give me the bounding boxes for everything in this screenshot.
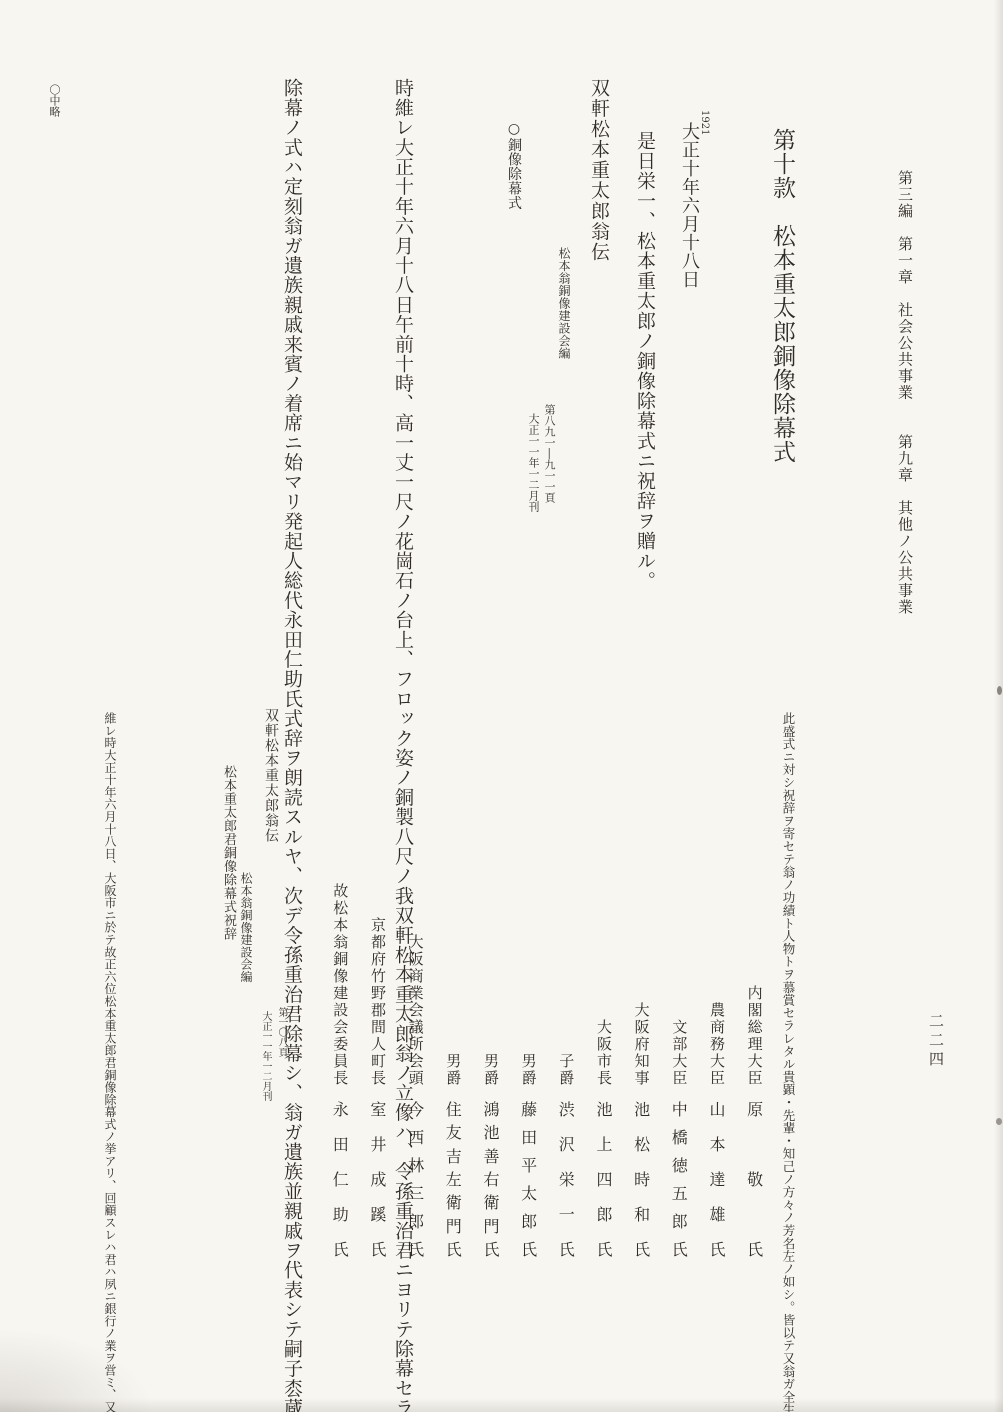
dignitary-name-char: 徳	[672, 1158, 688, 1174]
dignitary-name-char: 氏	[559, 1242, 575, 1258]
dignitary-title: 男爵	[443, 1053, 464, 1087]
dignitary-name-char: 右	[483, 1172, 499, 1188]
dignitary-name-char: 西	[408, 1130, 424, 1146]
dignitary-entry: 京都府竹野郡間人町長室井成蹊氏	[360, 858, 398, 1260]
dignitary-name-char: 沢	[559, 1137, 575, 1153]
scan-speck	[997, 686, 1002, 695]
source-published: 大正一一年一二月刊	[525, 413, 541, 512]
dignitary-name-char: 氏	[747, 1242, 763, 1258]
dignitary-name-char: 栄	[559, 1172, 575, 1188]
dignitary-name-char: 蹊	[370, 1207, 386, 1223]
dignitary-name-char: 郎	[521, 1214, 537, 1230]
dignitary-name-char: 池	[483, 1125, 499, 1141]
running-header: 第三編 第一章 社会公共事業 第九章 其他ノ公共事業	[895, 170, 916, 616]
dignitary-name-char: 氏	[521, 1242, 537, 1258]
dignitary-entry: 大阪市長池上四郎氏	[586, 858, 624, 1260]
dignitary-name-char: 郎	[672, 1214, 688, 1230]
dignitary-name-char: 氏	[370, 1242, 386, 1258]
dignitary-name: 室井成蹊氏	[370, 1102, 386, 1258]
dignitary-name: 今西林三郎氏	[408, 1102, 424, 1258]
dignitary-name-char: 田	[333, 1137, 349, 1153]
book-page: 第三編 第一章 社会公共事業 第九章 其他ノ公共事業 二二四 第十款 松本重太郎…	[0, 0, 1003, 1412]
dignitary-name-char: 中	[672, 1102, 688, 1118]
dignitary-entry: 男爵鴻池善右衛門氏	[473, 858, 511, 1260]
dignitary-entry: 子爵渋沢栄一氏	[548, 858, 586, 1260]
excerpt-paragraph: 時維レ大正十年六月十八日午前十時、高一丈一尺ノ花崗石ノ台上、フロック姿ノ銅製八尺…	[384, 78, 421, 698]
dignitaries-intro: 此盛式ニ対シ祝辞ヲ寄セテ翁ノ功績ト人物トヲ慕賞セラレタル貴顕・先輩・知己ノ方々ノ…	[760, 712, 888, 1112]
dignitary-name-char: 吉	[446, 1149, 462, 1165]
dignitary-title: 大阪市長	[594, 1019, 615, 1087]
dignitary-title: 故松本翁銅像建設会委員長	[330, 883, 351, 1087]
dignitary-name-char: 五	[672, 1186, 688, 1202]
dignitary-name-char: 林	[408, 1158, 424, 1174]
dignitary-name-char: 敬	[747, 1172, 763, 1188]
dignitary-name-char: 郎	[408, 1214, 424, 1230]
dignitary-name-char: 氏	[408, 1242, 424, 1258]
dignitary-name-char: 郎	[596, 1207, 612, 1223]
dignitary-name-char: 善	[483, 1149, 499, 1165]
speech-heading: 松本重太郎君銅像除幕式祝辞	[219, 765, 238, 941]
subsection-heading: ○銅像除幕式	[504, 121, 524, 210]
dignitary-name-char: 門	[446, 1219, 462, 1235]
dignitary-title: 大阪商業会議所会頭	[406, 934, 427, 1087]
dignitary-name-char: 成	[370, 1172, 386, 1188]
dignitary-entry: 大阪商業会議所会頭今西林三郎氏	[397, 858, 435, 1260]
dignitary-name-char: 氏	[709, 1242, 725, 1258]
dignitary-name-char: 達	[709, 1172, 725, 1188]
dignitary-title: 文部大臣	[669, 1019, 690, 1087]
dignitary-name: 池上四郎氏	[596, 1102, 612, 1258]
scan-speck	[996, 1118, 1002, 1125]
dignitary-name: 山本達雄氏	[709, 1102, 725, 1258]
dignitary-entry: 文部大臣中橋徳五郎氏	[661, 858, 699, 1260]
date-heading: 大正十年六月十八日	[676, 122, 702, 289]
dignitary-name-char: 雄	[709, 1207, 725, 1223]
dignitary-name-char: 井	[370, 1137, 386, 1153]
dignitary-name-char: 室	[370, 1102, 386, 1118]
speech-body: 維レ時大正十年六月十八日、大阪市ニ於テ故正六位松本重太郎君銅像除幕式ノ挙アリ、回…	[57, 712, 197, 1098]
dignitary-entry: 大阪府知事池松時和氏	[623, 858, 661, 1260]
dignitary-title: 大阪府知事	[632, 1002, 653, 1087]
dignitary-title: 男爵	[481, 1053, 502, 1087]
omission-mark: 〇中略	[46, 84, 62, 117]
dignitary-name-char: 橋	[672, 1130, 688, 1146]
dignitary-name: 鴻池善右衛門氏	[483, 1102, 499, 1258]
dignitary-name: 池松時和氏	[634, 1102, 650, 1258]
dignitary-name: 原敬氏	[747, 1102, 763, 1258]
dignitary-name-char: 氏	[446, 1242, 462, 1258]
dignitary-name-char: 仁	[333, 1172, 349, 1188]
dignitary-name-char: 山	[709, 1102, 725, 1118]
dignitary-name-char: 今	[408, 1102, 424, 1118]
dignitary-name-char: 友	[446, 1125, 462, 1141]
dignitary-name-char: 衛	[446, 1195, 462, 1211]
source-pages: 第一〇八頁	[274, 1007, 289, 1057]
dignitary-name: 永田仁助氏	[333, 1102, 349, 1258]
source-title: 双軒松本重太郎翁伝	[586, 78, 613, 263]
dignitary-name-char: 門	[483, 1219, 499, 1235]
dignitary-name-char: 衛	[483, 1195, 499, 1211]
intro-paragraph: 此盛式ニ対シ祝辞ヲ寄セテ翁ノ功績ト人物トヲ慕賞セラレタル貴顕・先輩・知己ノ方々ノ…	[768, 712, 808, 1112]
dignitary-name-char: 助	[333, 1207, 349, 1223]
dignitary-name-char: 池	[634, 1102, 650, 1118]
page-number: 二二四	[926, 1013, 947, 1070]
dignitary-name-char: 上	[596, 1137, 612, 1153]
dignitaries-list: 内閣総理大臣原敬氏農商務大臣山本達雄氏文部大臣中橋徳五郎氏大阪府知事池松時和氏大…	[322, 858, 774, 1260]
dignitary-name-char: 本	[709, 1137, 725, 1153]
dignitary-name-char: 原	[747, 1102, 763, 1118]
dignitary-name: 渋沢栄一氏	[559, 1102, 575, 1258]
dignitary-title: 男爵	[519, 1053, 540, 1087]
dignitary-name-char: 松	[634, 1137, 650, 1153]
dignitary-name-char: 渋	[559, 1102, 575, 1118]
dignitary-entry: 農商務大臣山本達雄氏	[699, 858, 737, 1260]
dignitary-name-char: 藤	[521, 1102, 537, 1118]
dignitary-name-char: 氏	[333, 1242, 349, 1258]
section-title: 第十款 松本重太郎銅像除幕式	[766, 128, 799, 464]
dignitary-name: 住友吉左衛門氏	[446, 1102, 462, 1258]
dignitary-name-char: 時	[634, 1172, 650, 1188]
dignitary-entry: 男爵住友吉左衛門氏	[435, 858, 473, 1260]
dignitary-name-char: 池	[596, 1102, 612, 1118]
dignitary-name-char: 住	[446, 1102, 462, 1118]
dignitary-name-char: 鴻	[483, 1102, 499, 1118]
excerpt-body: 時維レ大正十年六月十八日午前十時、高一丈一尺ノ花崗石ノ台上、フロック姿ノ銅製八尺…	[85, 78, 495, 698]
source-published: 大正一一年一二月刊	[258, 1011, 273, 1101]
dignitary-name-char: 太	[521, 1186, 537, 1202]
dignitary-name-char: 四	[596, 1172, 612, 1188]
source-title: 双軒松本重太郎翁伝	[261, 708, 281, 843]
excerpt-paragraph: 除幕ノ式ハ定刻翁ガ遺族親戚来賓ノ着席ニ始マリ発起人総代永田仁助氏式辞ヲ朗読スルヤ…	[273, 78, 310, 698]
dignitary-title: 子爵	[556, 1053, 577, 1087]
dignitary-title: 内閣総理大臣	[745, 985, 766, 1087]
dignitary-entry: 男爵藤田平太郎氏	[510, 858, 548, 1260]
dignitary-name-char: 左	[446, 1172, 462, 1188]
dignitary-title: 農商務大臣	[707, 1002, 728, 1087]
dignitary-name-char: 一	[559, 1207, 575, 1223]
dignitary-name-char: 氏	[596, 1242, 612, 1258]
dignitary-name: 中橋徳五郎氏	[672, 1102, 688, 1258]
dignitary-entry: 故松本翁銅像建設会委員長永田仁助氏	[322, 858, 360, 1260]
dignitary-name-char: 氏	[483, 1242, 499, 1258]
dignitary-name-char: 氏	[634, 1242, 650, 1258]
dignitary-name-char: 三	[408, 1186, 424, 1202]
dignitary-name-char: 和	[634, 1207, 650, 1223]
speech-paragraph: 維レ時大正十年六月十八日、大阪市ニ於テ故正六位松本重太郎君銅像除幕式ノ挙アリ、回…	[92, 712, 127, 1098]
dignitary-name-char: 田	[521, 1130, 537, 1146]
source-editor: 松本翁銅像建設会編	[238, 872, 255, 983]
dignitary-name-char: 氏	[672, 1242, 688, 1258]
source-editor: 松本翁銅像建設会編	[556, 247, 573, 360]
dignitary-name: 藤田平太郎氏	[521, 1102, 537, 1258]
dignitary-name-char: 永	[333, 1102, 349, 1118]
dignitary-entry: 内閣総理大臣原敬氏	[736, 858, 774, 1260]
dignitary-name-char: 平	[521, 1158, 537, 1174]
source-pages: 第八九一―九一一頁	[541, 404, 557, 503]
lead-sentence: 是日栄一、松本重太郎ノ銅像除幕式ニ祝辞ヲ贈ル。	[632, 131, 659, 591]
dignitary-title: 京都府竹野郡間人町長	[368, 917, 389, 1087]
